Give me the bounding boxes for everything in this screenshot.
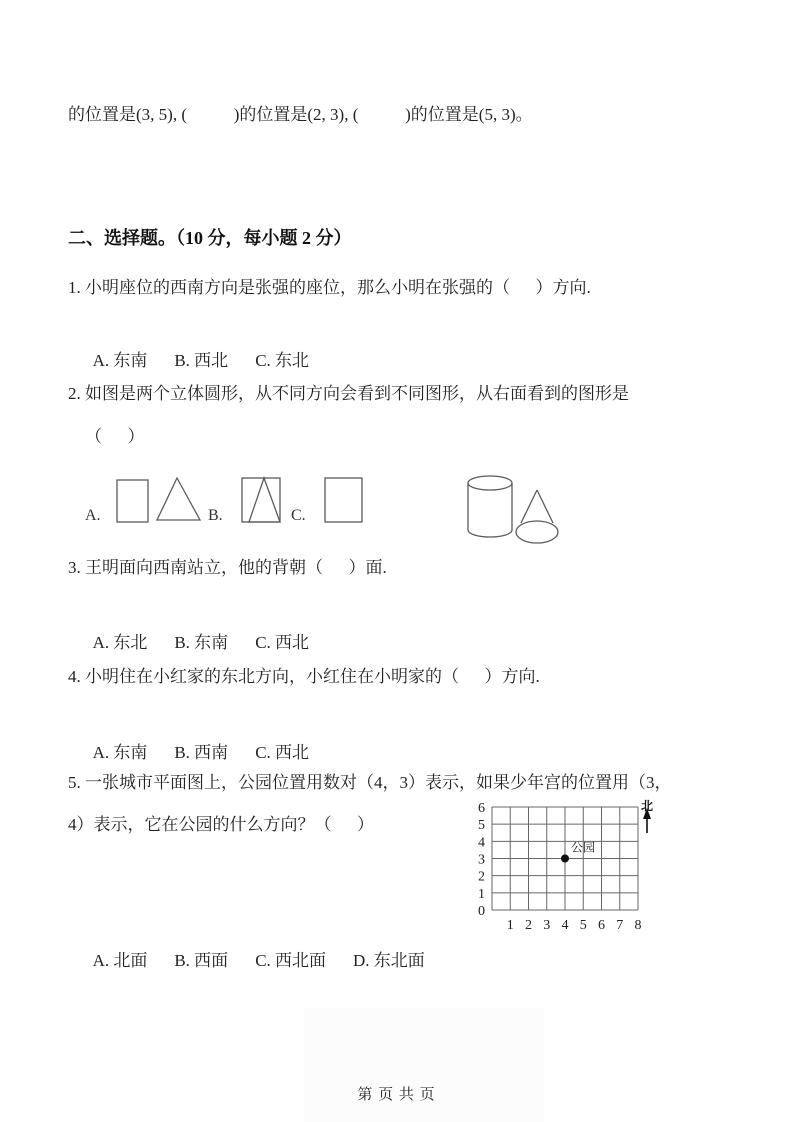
q3-option-b: B. 东南 — [174, 633, 228, 652]
cone-shape — [516, 490, 558, 543]
question-5-text-line1: 5. 一张城市平面图上，公园位置用数对（4，3）表示，如果少年宫的位置用（3， — [68, 772, 672, 793]
question-2-figure: A. B. C. — [75, 463, 595, 555]
q3-option-a: A. 东北 — [93, 633, 148, 652]
q4-option-b: B. 西南 — [174, 743, 228, 762]
y-tick-label: 0 — [478, 904, 485, 919]
q5-option-b: B. 西面 — [174, 951, 228, 970]
question-2-text: 2. 如图是两个立体圆形，从不同方向会看到不同图形，从右面看到的图形是 — [68, 383, 629, 404]
choice-c-label: C. — [291, 507, 306, 524]
y-tick-label: 1 — [478, 887, 485, 902]
test-paper-page: { "page": { "intro_line": "的位置是(3, 5), (… — [0, 0, 793, 1122]
y-tick-label: 5 — [478, 818, 485, 833]
q5-option-a: A. 北面 — [93, 951, 148, 970]
y-tick-label: 6 — [478, 801, 485, 816]
question-2-blank: （ ） — [85, 426, 145, 447]
coordinate-grid-figure: 012345612345678公园北 — [463, 793, 668, 935]
x-tick-label: 7 — [616, 918, 623, 933]
q1-option-c: C. 东北 — [255, 351, 309, 370]
x-tick-label: 8 — [635, 918, 642, 933]
question-5-options: A. 北面B. 西面C. 西北面D. 东北面 — [85, 929, 452, 972]
page-footer: 第 页 共 页 — [0, 1086, 793, 1105]
option-b-inscribed-triangle-shape — [249, 478, 280, 522]
x-tick-label: 6 — [598, 918, 605, 933]
y-tick-label: 4 — [478, 835, 485, 850]
watermark-box — [304, 1008, 544, 1122]
x-tick-label: 1 — [507, 918, 514, 933]
q1-option-a: A. 东南 — [93, 351, 148, 370]
x-tick-label: 4 — [562, 918, 569, 933]
park-point — [561, 855, 569, 863]
q5-option-c: C. 西北面 — [255, 951, 326, 970]
question-4-text: 4. 小明住在小红家的东北方向，小红住在小明家的（ ）方向. — [68, 666, 540, 687]
y-tick-label: 3 — [478, 853, 485, 868]
x-tick-label: 5 — [580, 918, 587, 933]
question-5-text-line2: 4）表示，它在公园的什么方向？（ ） — [68, 814, 374, 835]
y-tick-label: 2 — [478, 870, 485, 885]
cylinder-shape — [468, 476, 512, 537]
option-a-triangle-shape — [157, 478, 200, 520]
question-4-options: A. 东南B. 西南C. 西北 — [85, 721, 336, 764]
q4-option-c: C. 西北 — [255, 743, 309, 762]
q1-option-b: B. 西北 — [174, 351, 228, 370]
q5-option-d: D. 东北面 — [353, 951, 425, 970]
option-b-square-shape — [242, 478, 280, 522]
x-tick-label: 2 — [525, 918, 532, 933]
x-tick-label: 3 — [543, 918, 550, 933]
q4-option-a: A. 东南 — [93, 743, 148, 762]
question-3-text: 3. 王明面向西南站立，他的背朝（ ）面. — [68, 557, 387, 578]
question-1-options: A. 东南B. 西北C. 东北 — [85, 329, 336, 372]
question-3-options: A. 东北B. 东南C. 西北 — [85, 611, 336, 654]
intro-line: 的位置是(3, 5), ( )的位置是(2, 3), ( )的位置是(5, 3)… — [68, 104, 533, 125]
section-title: 二、选择题。（10 分，每小题 2 分） — [68, 227, 352, 250]
q3-option-c: C. 西北 — [255, 633, 309, 652]
option-a-square-shape — [117, 480, 148, 522]
park-point-label: 公园 — [571, 841, 595, 855]
question-1-text: 1. 小明座位的西南方向是张强的座位，那么小明在张强的（ ）方向. — [68, 277, 591, 298]
option-c-square-shape — [325, 478, 362, 522]
choice-b-label: B. — [208, 507, 223, 524]
choice-a-label: A. — [85, 507, 101, 524]
